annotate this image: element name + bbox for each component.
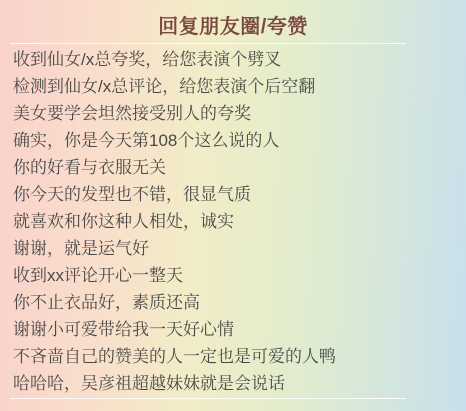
phrase-line: 谢谢小可爱带给我一天好心情 [13, 316, 458, 343]
phrase-line: 确实，你是今天第108个这么说的人 [13, 127, 458, 154]
bottom-divider [10, 398, 406, 399]
page-title: 回复朋友圈/夸赞 [0, 0, 466, 43]
phrase-line: 你今天的发型也不错，很显气质 [13, 181, 458, 208]
phrase-line: 检测到仙女/x总评论，给您表演个后空翻 [13, 73, 458, 100]
phrase-list: 收到仙女/x总夸奖，给您表演个劈叉 检测到仙女/x总评论，给您表演个后空翻 美女… [13, 46, 458, 397]
phrase-line: 收到xx评论开心一整天 [13, 262, 458, 289]
phrase-line: 就喜欢和你这种人相处，诚实 [13, 208, 458, 235]
phrase-line: 美女要学会坦然接受别人的夸奖 [13, 100, 458, 127]
phrase-line: 谢谢，就是运气好 [13, 235, 458, 262]
phrase-line: 你不止衣品好，素质还高 [13, 289, 458, 316]
phrase-line: 收到仙女/x总夸奖，给您表演个劈叉 [13, 46, 458, 73]
phrase-line: 哈哈哈，吴彦祖超越妹妹就是会说话 [13, 370, 458, 397]
phrase-line: 不吝啬自己的赞美的人一定也是可爱的人鸭 [13, 343, 458, 370]
phrase-line: 你的好看与衣服无关 [13, 154, 458, 181]
praise-reply-card: 回复朋友圈/夸赞 收到仙女/x总夸奖，给您表演个劈叉 检测到仙女/x总评论，给您… [0, 0, 466, 411]
title-divider [10, 43, 406, 44]
